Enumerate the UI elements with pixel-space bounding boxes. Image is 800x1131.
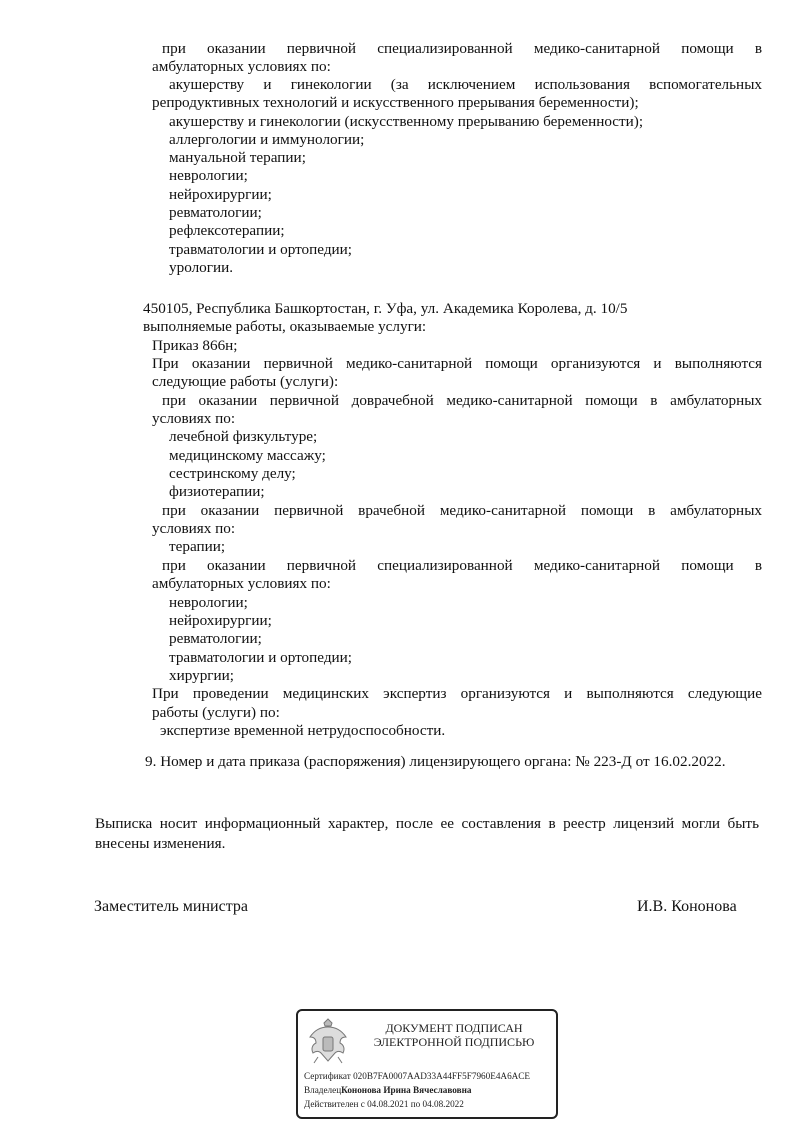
section1-item1: акушерству и гинекологии (за исключением… xyxy=(169,76,762,94)
section1-intro-cont: амбулаторных условиях по: xyxy=(152,58,331,76)
list-item: урологии. xyxy=(169,259,233,277)
note-cont: внесены изменения. xyxy=(95,835,225,853)
list-item: хирургии; xyxy=(169,667,234,685)
primary-care: При оказании первичной медико-санитарной… xyxy=(152,355,762,373)
section1-item1-cont: репродуктивных технологий и искусственно… xyxy=(152,94,639,112)
stamp-title: ДОКУМЕНТ ПОДПИСАН ЭЛЕКТРОННОЙ ПОДПИСЬЮ xyxy=(354,1021,554,1049)
prehospital-care-cont: условиях по: xyxy=(152,410,235,428)
list-item: травматологии и ортопедии; xyxy=(169,649,352,667)
coat-of-arms-icon xyxy=(306,1017,350,1067)
certificate-row: Сертификат 020B7FA0007AAD33A44FF5F7960E4… xyxy=(304,1071,530,1081)
list-item: мануальной терапии; xyxy=(169,149,306,167)
list-item: медицинскому массажу; xyxy=(169,447,326,465)
list-item: ревматологии; xyxy=(169,204,262,222)
stamp-title-line2: ЭЛЕКТРОННОЙ ПОДПИСЬЮ xyxy=(354,1035,554,1049)
owner-value: Кононова Ирина Вячеславовна xyxy=(341,1085,471,1095)
works-label: выполняемые работы, оказываемые услуги: xyxy=(143,318,426,336)
specialized-care-cont: амбулаторных условиях по: xyxy=(152,575,331,593)
list-item: аллергологии и иммунологии; xyxy=(169,131,364,149)
list-item: акушерству и гинекологии (искусственному… xyxy=(169,113,643,131)
signatory-name: И.В. Кононова xyxy=(637,898,737,916)
validity-row: Действителен с 04.08.2021 по 04.08.2022 xyxy=(304,1099,464,1109)
certificate-value: 020B7FA0007AAD33A44FF5F7960E4A6ACE xyxy=(353,1071,530,1081)
signature-stamp: ДОКУМЕНТ ПОДПИСАН ЭЛЕКТРОННОЙ ПОДПИСЬЮ С… xyxy=(296,1009,558,1119)
stamp-title-line1: ДОКУМЕНТ ПОДПИСАН xyxy=(354,1021,554,1035)
order-number: 9. Номер и дата приказа (распоряжения) л… xyxy=(145,753,726,771)
list-item: терапии; xyxy=(169,538,225,556)
list-item: неврологии; xyxy=(169,167,248,185)
expertise: При проведении медицинских экспертиз орг… xyxy=(152,685,762,703)
list-item: травматологии и ортопедии; xyxy=(169,241,352,259)
owner-label: Владелец xyxy=(304,1085,341,1095)
signatory-position: Заместитель министра xyxy=(94,898,248,916)
list-item: лечебной физкультуре; xyxy=(169,428,317,446)
primary-care-cont: следующие работы (услуги): xyxy=(152,373,338,391)
list-item: сестринскому делу; xyxy=(169,465,296,483)
address: 450105, Республика Башкортостан, г. Уфа,… xyxy=(143,300,628,318)
prehospital-care: при оказании первичной доврачебной медик… xyxy=(162,392,762,410)
doctor-care-cont: условиях по: xyxy=(152,520,235,538)
list-item: рефлексотерапии; xyxy=(169,222,285,240)
certificate-label: Сертификат xyxy=(304,1071,351,1081)
section1-intro: при оказании первичной специализированно… xyxy=(162,40,762,58)
list-item: физиотерапии; xyxy=(169,483,265,501)
note: Выписка носит информационный характер, п… xyxy=(95,815,759,833)
doctor-care: при оказании первичной врачебной медико-… xyxy=(162,502,762,520)
list-item: нейрохирургии; xyxy=(169,186,272,204)
order: Приказ 866н; xyxy=(152,337,238,355)
expertise-cont: работы (услуги) по: xyxy=(152,704,280,722)
list-item: неврологии; xyxy=(169,594,248,612)
specialized-care: при оказании первичной специализированно… xyxy=(162,557,762,575)
list-item: нейрохирургии; xyxy=(169,612,272,630)
list-item: экспертизе временной нетрудоспособности. xyxy=(160,722,445,740)
owner-row: ВладелецКононова Ирина Вячеславовна xyxy=(304,1085,471,1095)
list-item: ревматологии; xyxy=(169,630,262,648)
